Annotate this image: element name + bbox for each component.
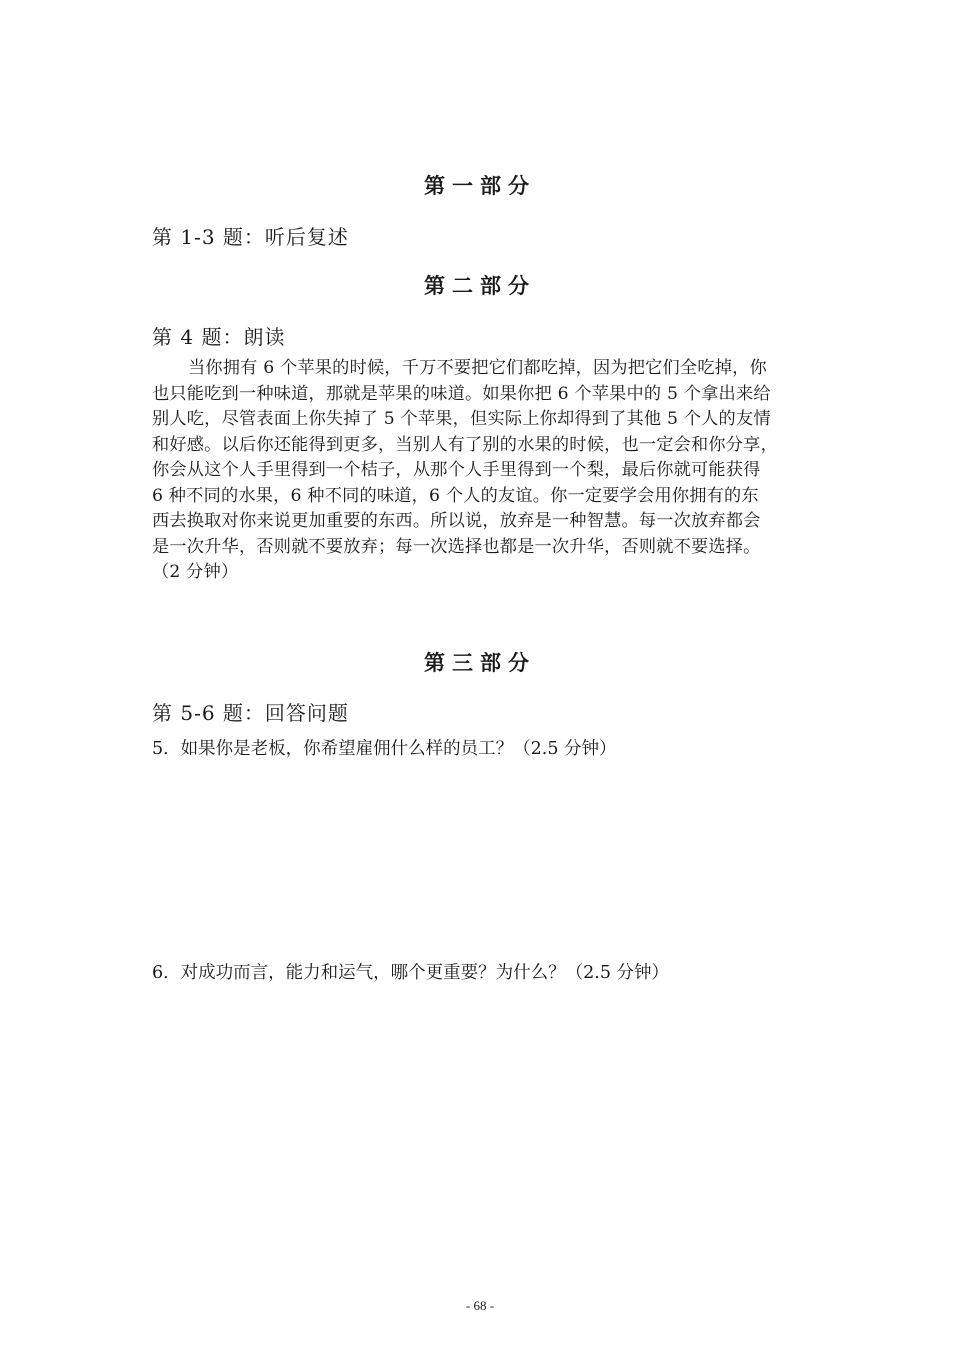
question-5: 5．如果你是老板，你希望雇佣什么样的员工？（2.5 分钟） xyxy=(152,735,617,760)
reading-passage: 当你拥有 6 个苹果的时候，千万不要把它们都吃掉，因为把它们全吃掉，你 也只能吃… xyxy=(152,356,820,586)
part-2-title: 第二部分 xyxy=(0,270,960,300)
passage-time-limit: （2 分钟） xyxy=(152,560,820,586)
document-page: 第一部分 第 1-3 题：听后复述 第二部分 第 4 题：朗读 当你拥有 6 个… xyxy=(0,0,960,1358)
passage-line: 和好感。以后你还能得到更多，当别人有了别的水果的时候，也一定会和你分享， xyxy=(152,433,820,459)
part-1-title: 第一部分 xyxy=(0,170,960,200)
passage-line: 是一次升华，否则就不要放弃；每一次选择也都是一次升华，否则就不要选择。 xyxy=(152,535,820,561)
passage-line: 别人吃，尽管表面上你失掉了 5 个苹果，但实际上你却得到了其他 5 个人的友情 xyxy=(152,407,820,433)
part-3-title: 第三部分 xyxy=(0,647,960,677)
part-2-section-heading: 第 4 题：朗读 xyxy=(152,321,285,350)
passage-line: 你会从这个人手里得到一个桔子，从那个人手里得到一个梨，最后你就可能获得 xyxy=(152,458,820,484)
question-6: 6．对成功而言，能力和运气，哪个更重要？为什么？（2.5 分钟） xyxy=(152,959,669,984)
page-number: - 68 - xyxy=(0,1298,960,1314)
passage-line: 也只能吃到一种味道，那就是苹果的味道。如果你把 6 个苹果中的 5 个拿出来给 xyxy=(152,382,820,408)
passage-line: 西去换取对你来说更加重要的东西。所以说，放弃是一种智慧。每一次放弃都会 xyxy=(152,509,820,535)
part-1-section-heading: 第 1-3 题：听后复述 xyxy=(152,221,349,250)
passage-line: 当你拥有 6 个苹果的时候，千万不要把它们都吃掉，因为把它们全吃掉，你 xyxy=(152,356,820,382)
passage-line: 6 种不同的水果，6 种不同的味道，6 个人的友谊。你一定要学会用你拥有的东 xyxy=(152,484,820,510)
part-3-section-heading: 第 5-6 题：回答问题 xyxy=(152,697,349,726)
